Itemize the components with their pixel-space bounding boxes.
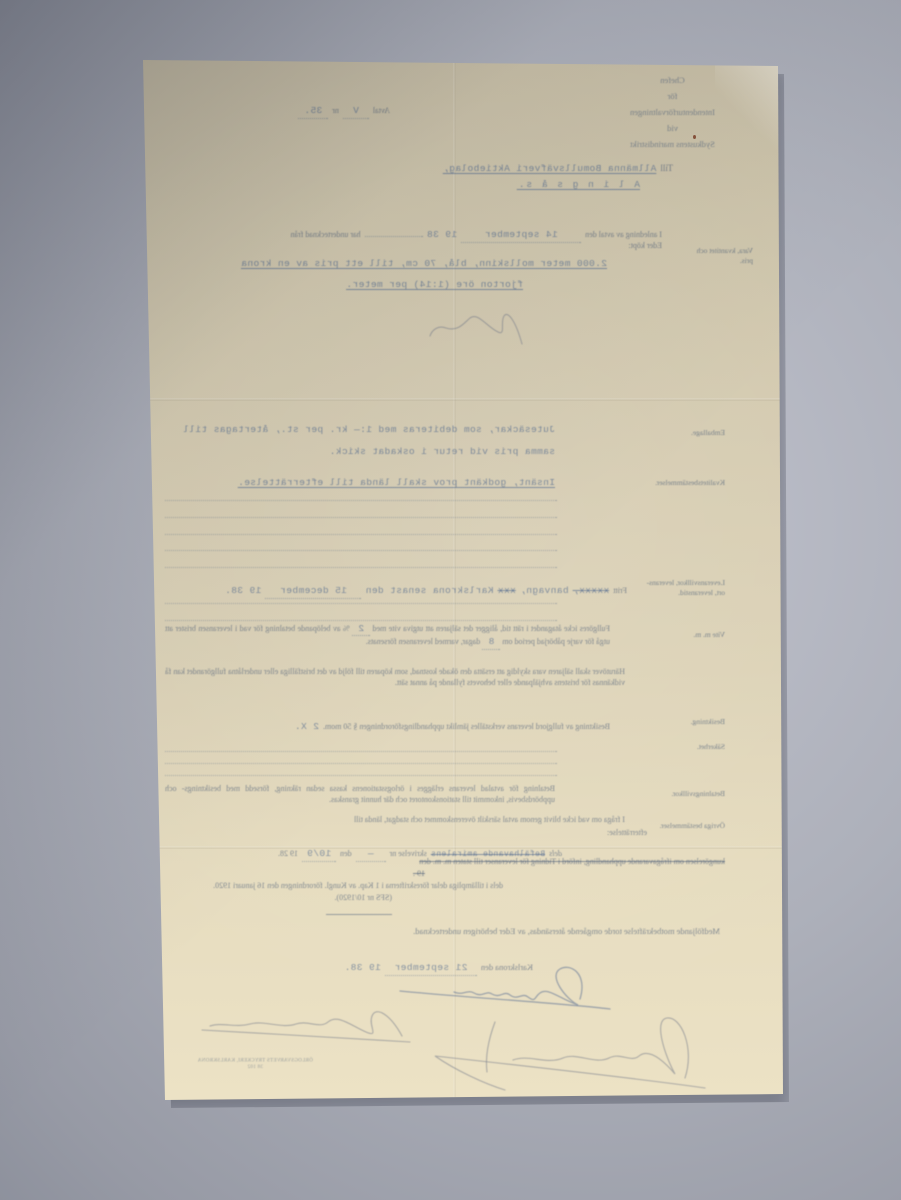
- dels1-pre: dels: [549, 849, 562, 858]
- blank-rule: [165, 763, 557, 764]
- leverans-struck1: xxxxx,: [573, 585, 610, 596]
- intro-date: 14 september: [485, 229, 558, 240]
- avtal-number: 35.: [304, 105, 322, 116]
- label-vite: Vite m. m.: [600, 630, 725, 640]
- label-leverans: Leveransvillkor, leverans- ort, leverans…: [600, 578, 725, 598]
- kvalitet-body: Insänt, godkänt prov skall lända till ef…: [238, 477, 555, 489]
- closing-place: Karlskrona den: [481, 962, 533, 972]
- closing-year: 19 38.: [344, 962, 381, 973]
- printer-mark: ÖRLOGSVARVETS TRYCKERI, KARLSKRONA 38 10…: [180, 1058, 330, 1071]
- dels1-dash: —: [368, 848, 374, 859]
- dels1-year-pre: 19 28.: [278, 849, 298, 858]
- letterhead: Chefen för Intendenturförvaltningen vid …: [615, 72, 730, 152]
- dels1-mid: skrivelse nr: [390, 849, 427, 858]
- blank-rule: [165, 517, 557, 518]
- document-paper-backside: Chefen för Intendenturförvaltningen vid …: [140, 58, 785, 1104]
- betalning-body: Betalning för avtalad leverans erlägges …: [165, 784, 555, 806]
- intro-pre: I anledning av avtal den: [585, 230, 662, 239]
- horizontal-fold-crease-upper: [140, 398, 785, 401]
- intro-post: har undertecknad från: [290, 230, 360, 239]
- besiktning-fill: 2 X.: [295, 721, 319, 732]
- ovriga-dels1-row: dels Befälhavande amiralens skrivelse nr…: [157, 843, 562, 862]
- letterhead-line: Sydkustens marindistrikt: [615, 136, 730, 152]
- ovriga-dels2-line1: dels i tillämpliga delar föreskrifterna …: [163, 881, 503, 892]
- vite-paragraph2: Härutöver skall säljaren vara skyldig at…: [165, 667, 625, 689]
- label-besiktning: Besiktning.: [600, 717, 725, 727]
- recipient-city: A l i n g s å s.: [517, 179, 640, 191]
- emballage-line1: Jutesäckar, som debiteras med 1:— kr. pe…: [183, 424, 555, 436]
- dels1-struck: Befälhavande amiralens: [431, 850, 545, 859]
- dels1-date: 10/9: [307, 848, 331, 859]
- leverans-row: Fritt xxxxx, banvagn, xxx Karlskrona sen…: [157, 580, 627, 599]
- pencil-signature-small: [195, 996, 420, 1048]
- closing-note: Medföljande motbekräftelse torde omgåend…: [180, 926, 720, 937]
- leverans-post: Karlskrona senast den: [365, 585, 493, 596]
- blank-rule: [165, 751, 557, 752]
- intro-line2: Eder köpt:: [628, 241, 662, 252]
- photo-background: Chefen för Intendenturförvaltningen vid …: [0, 0, 901, 1200]
- blank-rule: [165, 567, 557, 568]
- letterhead-line: Intendenturförvaltningen: [615, 104, 730, 120]
- ink-signature: [375, 961, 640, 1019]
- goods-line1: 2.000 meter mollskinn, blå, 70 cm, till …: [241, 258, 607, 270]
- intro-row: I anledning av avtal den 14 september 19…: [167, 224, 662, 243]
- avtal-label: Avtal: [373, 106, 390, 115]
- horizontal-fold-crease-lower: [140, 846, 785, 849]
- intro-year: 19 38: [427, 229, 458, 240]
- blank-rule: [165, 620, 557, 621]
- mirrored-front-content: Chefen för Intendenturförvaltningen vid …: [140, 58, 785, 1104]
- leverans-mid: banvagn,: [520, 585, 569, 596]
- place-date-row: Karlskrona den 21 september 19 38.: [283, 957, 533, 976]
- avtal-nr-label: nr: [332, 106, 339, 115]
- contract-number-row: Avtal V nr 35.: [220, 100, 390, 119]
- leverans-year: 19 38.: [225, 585, 262, 596]
- label-kvalitet: Kvalitetsbestämmelser.: [600, 478, 725, 488]
- corner-fold-highlight: [715, 58, 785, 153]
- avtal-value: V: [353, 105, 359, 116]
- blank-rule: [165, 534, 557, 535]
- dels1-den: den: [340, 849, 352, 858]
- ovriga-intro-line2: efterrättelse:: [607, 828, 647, 839]
- vite-paragraph1: Fullgöres icke åtagandet i rätt tid, åli…: [165, 623, 610, 650]
- vite-fill-days: 8: [488, 636, 494, 647]
- ovriga-dels2-line2: (SFS nr 10/1920).: [334, 893, 392, 904]
- paper-stain-spot: [693, 135, 696, 139]
- blank-rule: [165, 500, 557, 501]
- leverans-pre: Fritt: [613, 586, 627, 595]
- pencil-signature-large: [425, 1008, 725, 1100]
- closing-date: 21 september: [394, 962, 467, 973]
- blank-rule: [165, 550, 557, 551]
- letterhead-line: Chefen: [615, 72, 730, 88]
- recipient-row: Till Allmänna Bomullsväfveri Aktiebolag,: [443, 158, 673, 176]
- besiktning-body: Besiktning av fullgjord leverans verkstä…: [323, 722, 610, 731]
- vertical-fold-crease: [453, 58, 456, 1104]
- blank-rule: [165, 775, 557, 776]
- section-divider-rule: [326, 914, 392, 915]
- label-emballage: Emballage.: [600, 428, 725, 438]
- ovriga-intro-line1: I fråga om vad icke blivit genom avtal s…: [160, 815, 625, 826]
- paper-shadow: [146, 66, 791, 1112]
- besiktning-row: Besiktning av fullgjord leverans verkstä…: [155, 716, 610, 734]
- goods-line2: fjorton öre (1:14) per meter.: [346, 279, 523, 291]
- label-vara: Vara, kvantitet och pris.: [628, 246, 753, 266]
- ovriga-struck-line1: kungörelsen om ifrågavarande upphandling…: [163, 857, 725, 868]
- leverans-date: 15 december: [280, 585, 347, 596]
- vite-fill-percent: 2: [358, 623, 364, 634]
- ovriga-struck-line2: 19 .: [413, 869, 425, 880]
- label-sakerhet: Säkerhet.: [600, 742, 725, 752]
- label-betalning: Betalningsvillkor.: [600, 789, 725, 799]
- pencil-scribble: [425, 302, 530, 352]
- letterhead-line: vid: [615, 120, 730, 136]
- letterhead-line: för: [615, 88, 730, 104]
- till-label: Till: [660, 163, 673, 173]
- leverans-struck2: xxx: [497, 585, 515, 596]
- blank-rule: [165, 603, 557, 604]
- emballage-line2: samma pris vid retur i oskadat skick.: [329, 446, 555, 458]
- label-ovriga: Övriga bestämmelser.: [600, 821, 725, 831]
- recipient-company: Allmänna Bomullsväfveri Aktiebolag,: [443, 163, 657, 174]
